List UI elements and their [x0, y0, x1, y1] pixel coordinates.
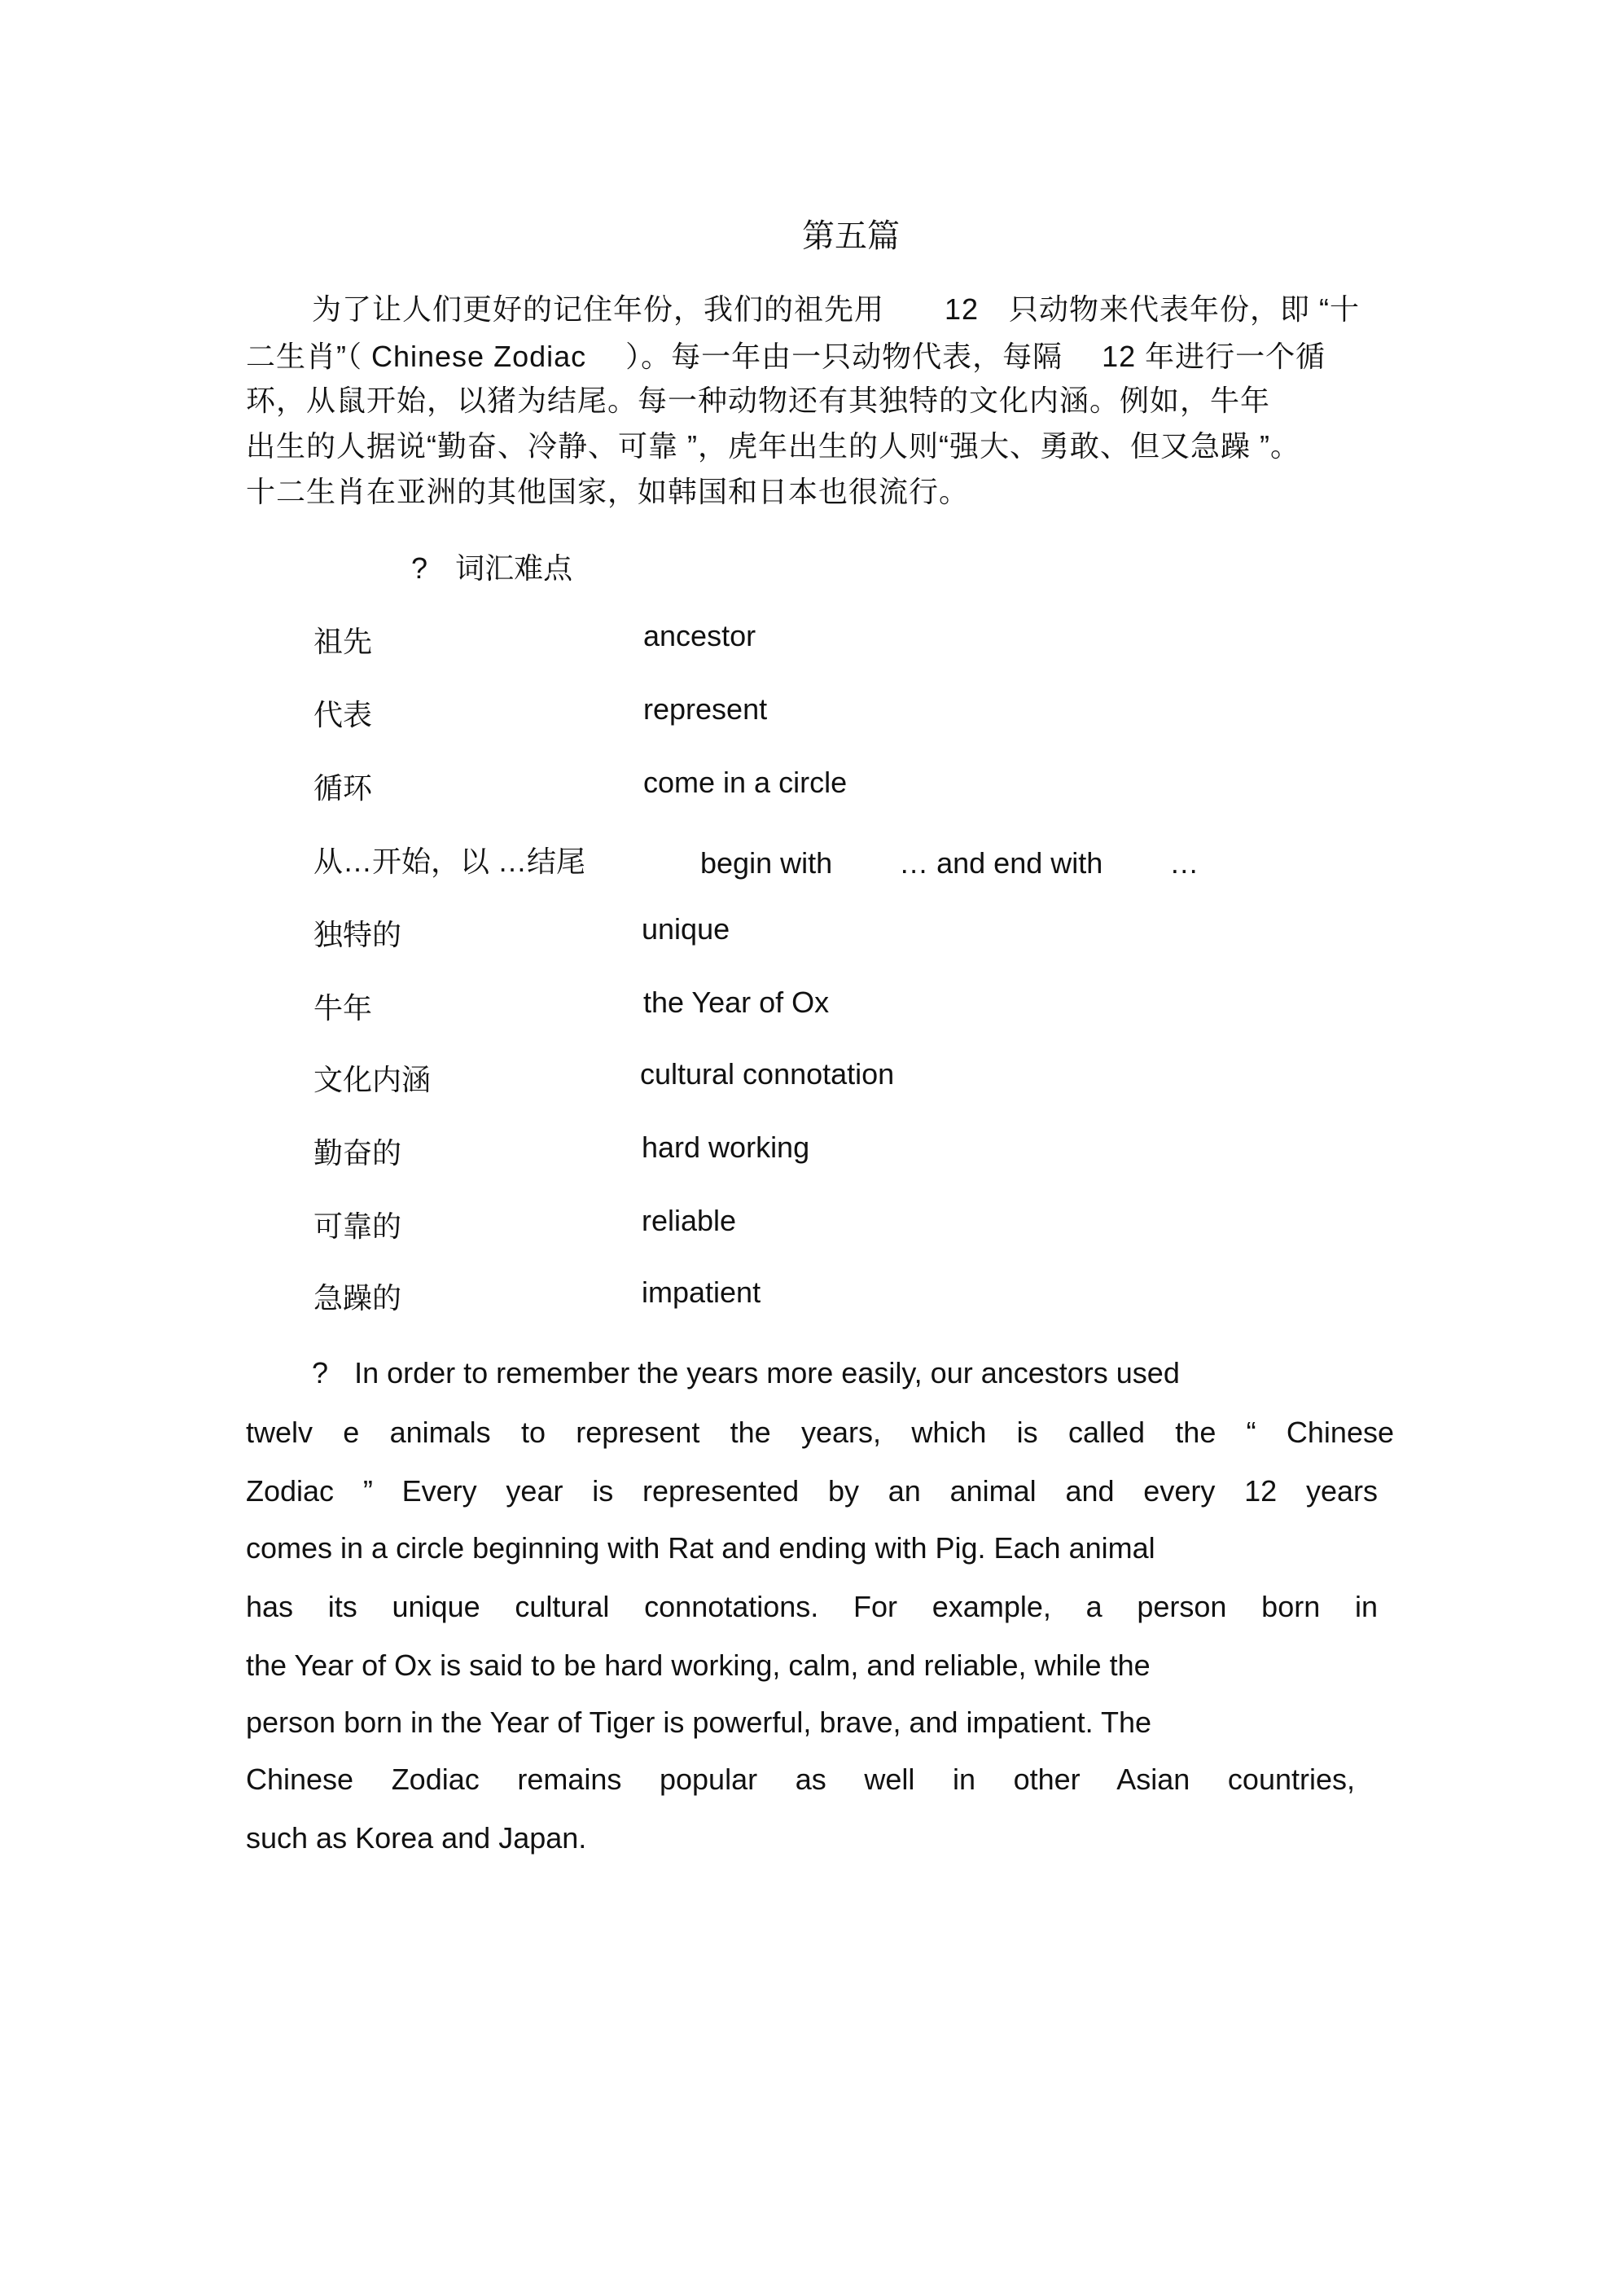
vocab-term-en: hard working: [642, 1130, 809, 1165]
bullet-glyph: ?: [411, 551, 427, 585]
en-line-6: the Year of Ox is said to be hard workin…: [246, 1648, 1151, 1683]
bullet-glyph: ?: [312, 1356, 328, 1389]
vocab-heading-text: 词汇难点: [455, 551, 572, 585]
vocab-term-cn: 牛年: [313, 986, 372, 1027]
en-line-7: person born in the Year of Tiger is powe…: [246, 1706, 1151, 1740]
vocab-term-en: cultural connotation: [640, 1057, 894, 1091]
vocab-term-cn: 祖先: [313, 619, 372, 661]
vocab-term-en: the Year of Ox: [643, 986, 829, 1020]
cn-line-3: 环，从鼠开始，以猪为结尾。每一种动物还有其独特的文化内涵。例如，牛年: [246, 378, 1270, 419]
en-line-8: Chinese Zodiac remains popular as well i…: [246, 1763, 1355, 1797]
en-line-3: Zodiac ” Every year is represented by an…: [246, 1474, 1378, 1508]
en-line-9: such as Korea and Japan.: [246, 1821, 586, 1855]
en-line-4: comes in a circle beginning with Rat and…: [246, 1531, 1155, 1565]
vocab-term-en: come in a circle: [643, 766, 847, 800]
vocab-term-cn: 从…开始，以 …结尾: [313, 839, 585, 880]
vocab-term-en: begin with … and end with …: [700, 841, 1199, 882]
vocab-term-cn: 独特的: [313, 912, 401, 954]
page-title: 第五篇: [0, 210, 1622, 257]
vocab-term-en: reliable: [642, 1204, 736, 1238]
en-line-1: ? In order to remember the years more ea…: [312, 1356, 1180, 1390]
vocab-term-cn: 勤奋的: [313, 1130, 401, 1172]
en-line-2: twelv e animals to represent the years, …: [246, 1416, 1394, 1450]
vocab-term-en: unique: [642, 912, 730, 946]
vocab-heading: ? 词汇难点: [411, 546, 572, 587]
vocab-term-cn: 代表: [313, 692, 372, 734]
vocab-term-cn: 循环: [313, 766, 372, 807]
vocab-term-cn: 可靠的: [313, 1204, 401, 1245]
vocab-term-cn: 急躁的: [313, 1275, 401, 1317]
vocab-term-en: represent: [643, 692, 767, 727]
vocab-term-cn: 文化内涵: [313, 1057, 431, 1099]
cn-line-1: 为了让人们更好的记住年份，我们的祖先用 12 只动物来代表年份，即 “十: [312, 287, 1360, 328]
vocab-term-en: ancestor: [643, 619, 756, 653]
cn-line-5: 十二生肖在亚洲的其他国家，如韩国和日本也很流行。: [246, 469, 969, 511]
en-line-5: has its unique cultural connotations. Fo…: [246, 1590, 1378, 1624]
vocab-term-en: impatient: [642, 1275, 761, 1310]
cn-line-2: 二生肖”（ Chinese Zodiac ）。每一年由一只动物代表，每隔 12 …: [246, 334, 1326, 375]
cn-line-4: 出生的人据说“勤奋、冷静、可靠 ”，虎年出生的人则“强大、勇敢、但又急躁 ”。: [246, 424, 1300, 465]
